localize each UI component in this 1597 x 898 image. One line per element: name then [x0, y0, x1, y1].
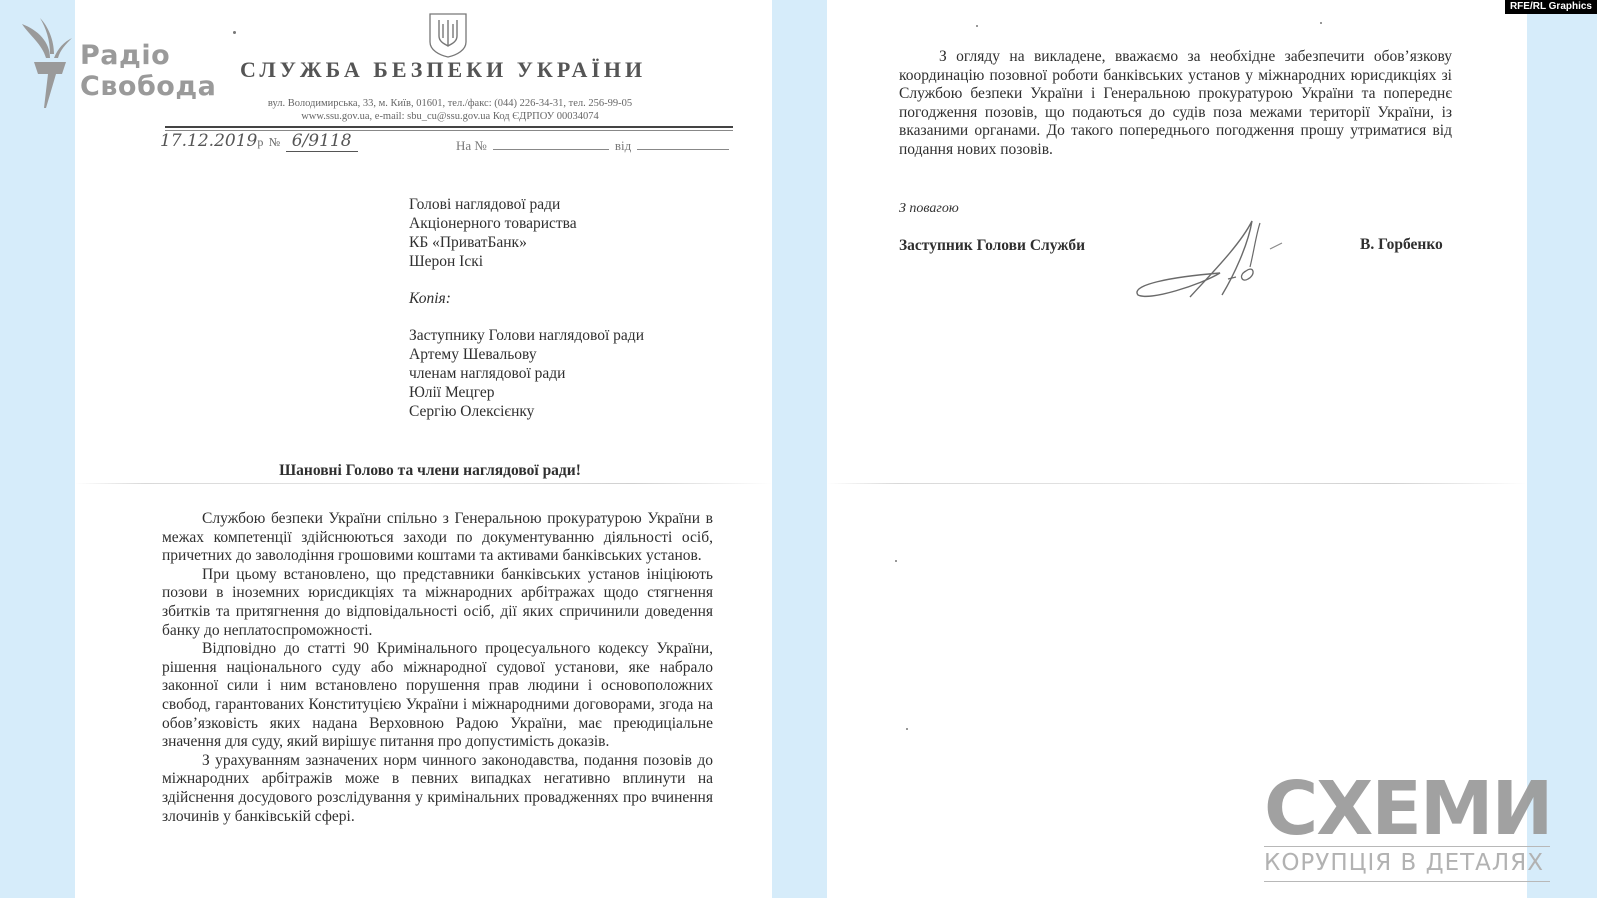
scan-speck: [233, 31, 236, 34]
scan-speck: [906, 728, 908, 730]
address-line-2: www.ssu.gov.ua, e-mail: sbu_cu@ssu.gov.u…: [240, 110, 660, 123]
paragraph: З огляду на викладене, вважаємо за необх…: [899, 48, 1452, 160]
scan-speck: [895, 560, 897, 562]
letter-body-page-1: Службою безпеки України спільно з Генера…: [162, 510, 713, 826]
copy-line: Юлії Мецгер: [409, 383, 644, 402]
organization-title: СЛУЖБА БЕЗПЕКИ УКРАЇНИ: [240, 57, 670, 83]
recipient-line: Акціонерного товариства: [409, 214, 644, 233]
paragraph: Відповідно до статті 90 Кримінального пр…: [162, 640, 713, 752]
recipient-block: Голові наглядової ради Акціонерного това…: [409, 195, 644, 421]
address-line-1: вул. Володимирська, 33, м. Київ, 01601, …: [240, 97, 660, 110]
number-label: №: [269, 135, 280, 149]
copy-line: Артему Шевальову: [409, 345, 644, 364]
date-suffix: р: [257, 135, 263, 149]
letter-body-page-2: З огляду на викладене, вважаємо за необх…: [899, 48, 1452, 160]
salutation: Шановні Голово та члени наглядової ради!: [150, 462, 710, 480]
copy-label: Копія:: [409, 289, 644, 308]
shemy-subtitle: КОРУПЦІЯ В ДЕТАЛЯХ: [1264, 849, 1554, 877]
logo-line2: Свобода: [80, 71, 216, 102]
reply-date-blank: [637, 139, 729, 150]
copy-line: Заступнику Голови наглядової ради: [409, 326, 644, 345]
paragraph: З урахуванням зазначених норм чинного за…: [162, 752, 713, 826]
scan-speck: [1320, 22, 1322, 24]
shemy-logo: СХЕМИ КОРУПЦІЯ В ДЕТАЛЯХ: [1264, 776, 1554, 884]
scan-speck: [976, 25, 978, 27]
graphics-credit: RFE/RL Graphics: [1505, 0, 1597, 14]
recipient-line: Голові наглядової ради: [409, 195, 644, 214]
reply-to-label: На №: [456, 138, 487, 153]
paragraph: При цьому встановлено, що представники б…: [162, 566, 713, 640]
paper-fold-line: [827, 483, 1527, 484]
outgoing-date: 17.12.2019: [160, 131, 257, 151]
torch-icon: [16, 14, 76, 110]
paragraph: Службою безпеки України спільно з Генера…: [162, 510, 713, 566]
signer-name: В. Горбенко: [1360, 236, 1443, 254]
reply-number-blank: [493, 139, 609, 150]
recipient-line: КБ «ПриватБанк»: [409, 233, 644, 252]
handwritten-signature-icon: [1130, 215, 1310, 305]
letterhead-rule: [165, 126, 733, 128]
signer-title: Заступник Голови Служби: [899, 237, 1085, 255]
recipient-line: Шерон Іскі: [409, 252, 644, 271]
outgoing-registration: 17.12.2019р № 6/9118: [160, 131, 358, 152]
organization-address: вул. Володимирська, 33, м. Київ, 01601, …: [240, 97, 660, 123]
copy-line: Сергію Олексієнку: [409, 402, 644, 421]
radio-svoboda-logo: Радіо Свобода: [16, 14, 216, 114]
reply-reference: На №від: [456, 138, 735, 154]
closing: З повагою: [899, 201, 959, 217]
reply-from-label: від: [615, 138, 631, 153]
outgoing-number: 6/9118: [286, 131, 358, 152]
shemy-title: СХЕМИ: [1264, 776, 1554, 842]
copy-line: членам наглядової ради: [409, 364, 644, 383]
logo-divider: [1264, 881, 1550, 882]
ukraine-trident-icon: [427, 12, 469, 58]
paper-fold-line: [75, 483, 772, 484]
logo-line1: Радіо: [80, 40, 216, 71]
